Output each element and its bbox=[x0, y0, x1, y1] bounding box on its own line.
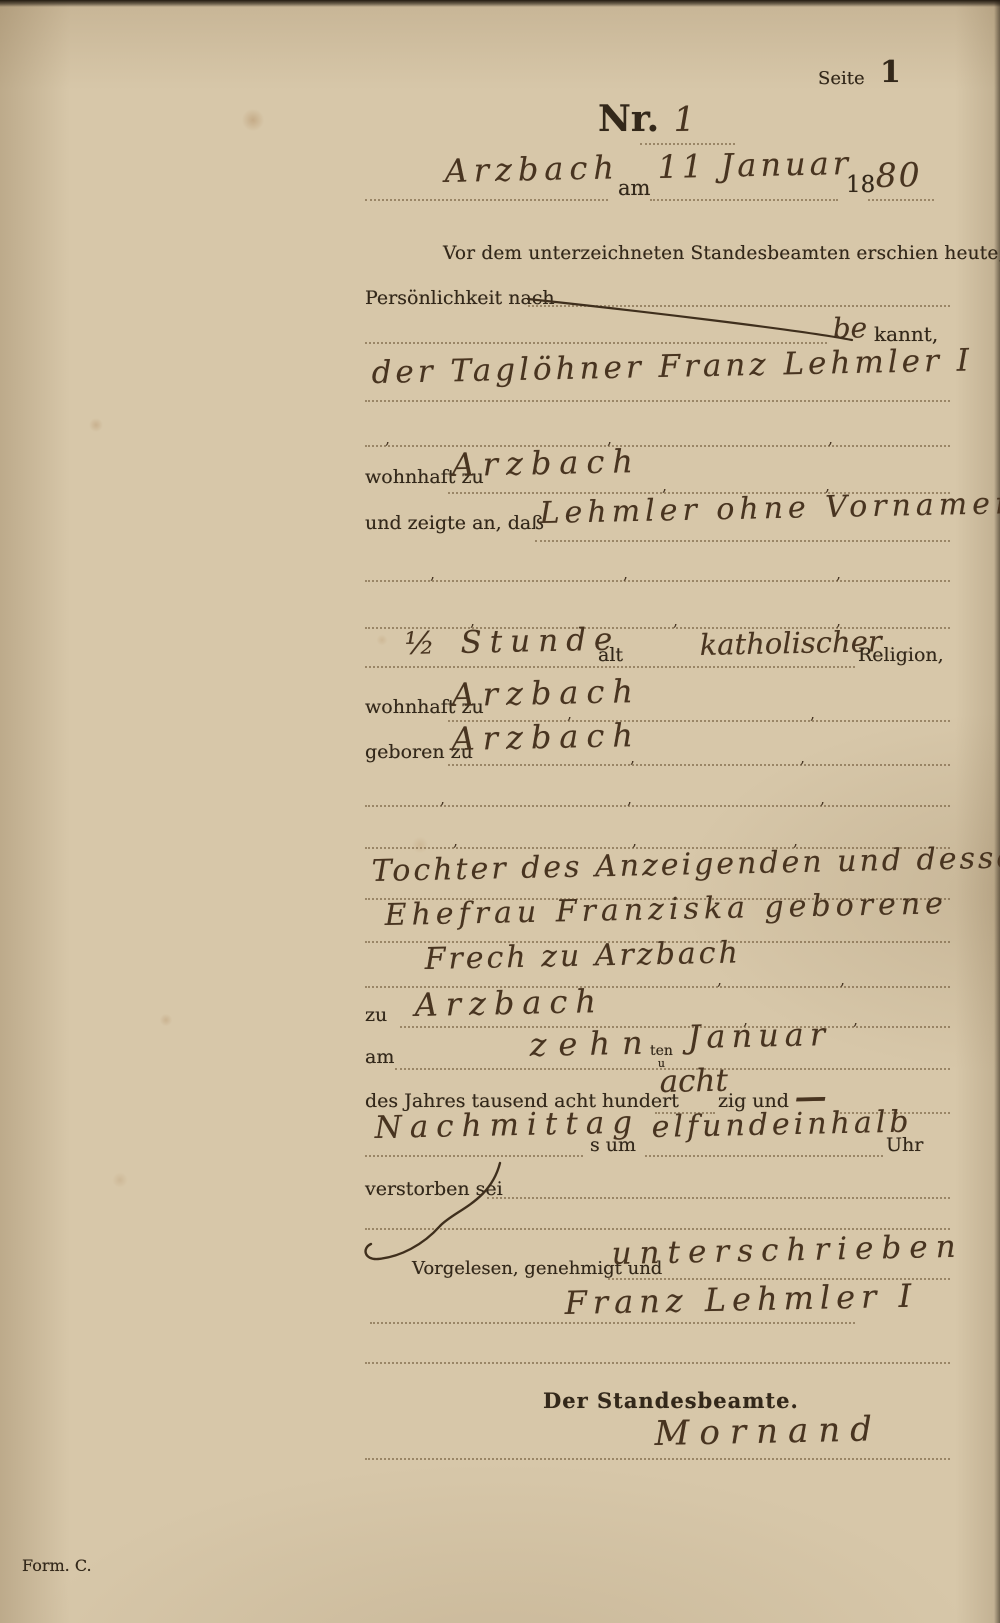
am-label: am bbox=[618, 176, 650, 200]
geboren-entry: Arzbach bbox=[451, 716, 641, 758]
place-entry: Arzbach bbox=[444, 148, 620, 190]
registrar-signature: Mornand bbox=[654, 1409, 882, 1454]
religion-entry: katholischer bbox=[699, 624, 882, 662]
dotted-line bbox=[365, 342, 827, 344]
register-page: Seite 1 Nr. 1 Arzbach am 11 Januar 18 80… bbox=[0, 0, 1000, 1623]
seite-label: Seite bbox=[818, 68, 865, 89]
closing-entry: unterschrieben bbox=[611, 1229, 964, 1272]
dotted-line bbox=[370, 1322, 855, 1324]
ten-suffix-top: ten bbox=[650, 1044, 673, 1058]
dotted-line bbox=[868, 199, 934, 201]
dotted-line bbox=[365, 199, 608, 201]
dotted-line bbox=[365, 400, 950, 402]
year-prefix: 18 bbox=[846, 172, 875, 198]
dotted-line bbox=[640, 143, 735, 145]
dotted-line bbox=[645, 1155, 883, 1157]
dotted-line bbox=[365, 1228, 950, 1230]
comma-mark: , bbox=[836, 564, 841, 583]
declarant-entry: der Taglöhner Franz Lehmler I bbox=[371, 342, 973, 391]
intro-line: Vor dem unterzeichneten Standesbeamten e… bbox=[443, 243, 1000, 264]
death-month-entry: Januar bbox=[687, 1015, 831, 1056]
time-entry: elfundeinhalb bbox=[651, 1105, 913, 1145]
comma-mark: , bbox=[853, 1010, 858, 1029]
dotted-line bbox=[528, 305, 950, 307]
wohnhaft-entry: Arzbach bbox=[451, 442, 641, 484]
death-day-entry: zehn bbox=[529, 1023, 655, 1064]
comma-mark: , bbox=[820, 789, 825, 808]
comma-mark: , bbox=[828, 429, 833, 448]
wohnhaft2-entry: Arzbach bbox=[451, 672, 641, 714]
record-number-value: 1 bbox=[673, 100, 695, 140]
comma-mark: , bbox=[717, 970, 722, 989]
dotted-line bbox=[487, 1197, 950, 1199]
dotted-line bbox=[365, 805, 950, 807]
dotted-line bbox=[365, 580, 950, 582]
comma-mark: , bbox=[800, 748, 805, 767]
dotted-line bbox=[365, 666, 855, 668]
parents-line2: Ehefrau Franziska geborene bbox=[384, 886, 948, 933]
scan-top-edge bbox=[0, 0, 1000, 7]
comma-mark: , bbox=[630, 748, 635, 767]
declarant-signature: Franz Lehmler I bbox=[564, 1277, 917, 1322]
alt-label: alt bbox=[598, 644, 623, 666]
comma-mark: , bbox=[440, 789, 445, 808]
dotted-line bbox=[535, 540, 950, 542]
comma-mark: , bbox=[430, 564, 435, 583]
form-type-label: Form. C. bbox=[22, 1556, 92, 1575]
dotted-line bbox=[448, 764, 950, 766]
comma-mark: , bbox=[453, 831, 458, 850]
comma-mark: , bbox=[385, 429, 390, 448]
comma-mark: , bbox=[840, 970, 845, 989]
registrar-label: Der Standesbeamte. bbox=[543, 1388, 799, 1413]
comma-mark: , bbox=[662, 476, 667, 495]
death-place-entry: Arzbach bbox=[414, 982, 604, 1024]
comma-mark: , bbox=[810, 704, 815, 723]
anzeige-label: und zeigte an, daß bbox=[365, 512, 544, 534]
dotted-line bbox=[365, 1362, 950, 1364]
persoenlichkeit-label: Persönlichkeit nach bbox=[365, 287, 555, 309]
comma-mark: , bbox=[673, 611, 678, 630]
page-number: 1 bbox=[880, 55, 901, 90]
parents-line3: Frech zu Arzbach bbox=[424, 935, 741, 977]
religion-label: Religion, bbox=[858, 644, 944, 666]
zu-label: zu bbox=[365, 1004, 387, 1026]
comma-mark: , bbox=[632, 831, 637, 850]
year-entry: 80 bbox=[875, 155, 922, 195]
comma-mark: , bbox=[623, 564, 628, 583]
dotted-line bbox=[400, 1026, 950, 1028]
date-entry: 11 Januar bbox=[657, 144, 852, 186]
dotted-line bbox=[365, 1155, 583, 1157]
s-um-label: s um bbox=[590, 1134, 636, 1156]
bekannt-entry: be bbox=[832, 311, 867, 345]
age-entry: ½ Stunde bbox=[404, 621, 620, 662]
am2-label: am bbox=[365, 1046, 394, 1068]
dotted-line bbox=[365, 1458, 950, 1460]
record-number-label: Nr. bbox=[598, 98, 659, 140]
verstorben-label: verstorben sei bbox=[365, 1178, 503, 1200]
comma-mark: , bbox=[627, 789, 632, 808]
uhr-label: Uhr bbox=[886, 1134, 923, 1156]
dotted-line bbox=[650, 199, 838, 201]
